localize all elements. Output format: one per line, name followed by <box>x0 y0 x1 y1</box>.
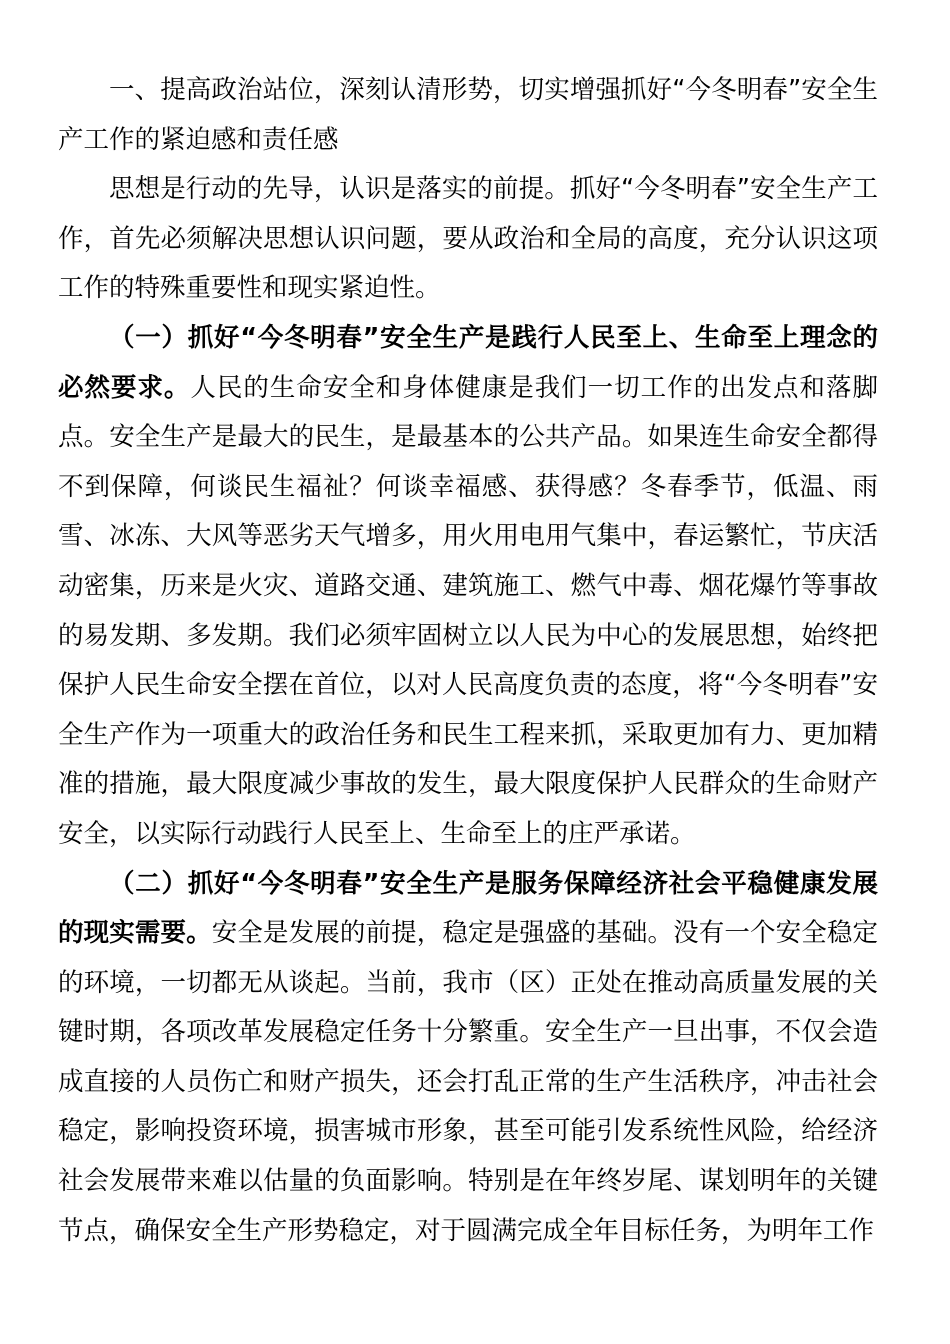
document-page: 一、提高政治站位，深刻认清形势，切实增强抓好“今冬明春”安全生产工作的紧迫感和责… <box>58 66 878 1256</box>
intro-paragraph: 思想是行动的先导，认识是落实的前提。抓好“今冬明春”安全生产工作，首先必须解决思… <box>58 165 878 314</box>
subsection-1-body: 人民的生命安全和身体健康是我们一切工作的出发点和落脚点。安全生产是最大的民生，是… <box>58 373 878 849</box>
subsection-2: （二）抓好“今冬明春”安全生产是服务保障经济社会平稳健康发展的现实需要。安全是发… <box>58 860 878 1257</box>
section-heading: 一、提高政治站位，深刻认清形势，切实增强抓好“今冬明春”安全生产工作的紧迫感和责… <box>58 66 878 165</box>
subsection-1: （一）抓好“今冬明春”安全生产是践行人民至上、生命至上理念的必然要求。人民的生命… <box>58 314 878 860</box>
subsection-2-body: 安全是发展的前提，稳定是强盛的基础。没有一个安全稳定的环境，一切都无从谈起。当前… <box>58 918 878 1246</box>
